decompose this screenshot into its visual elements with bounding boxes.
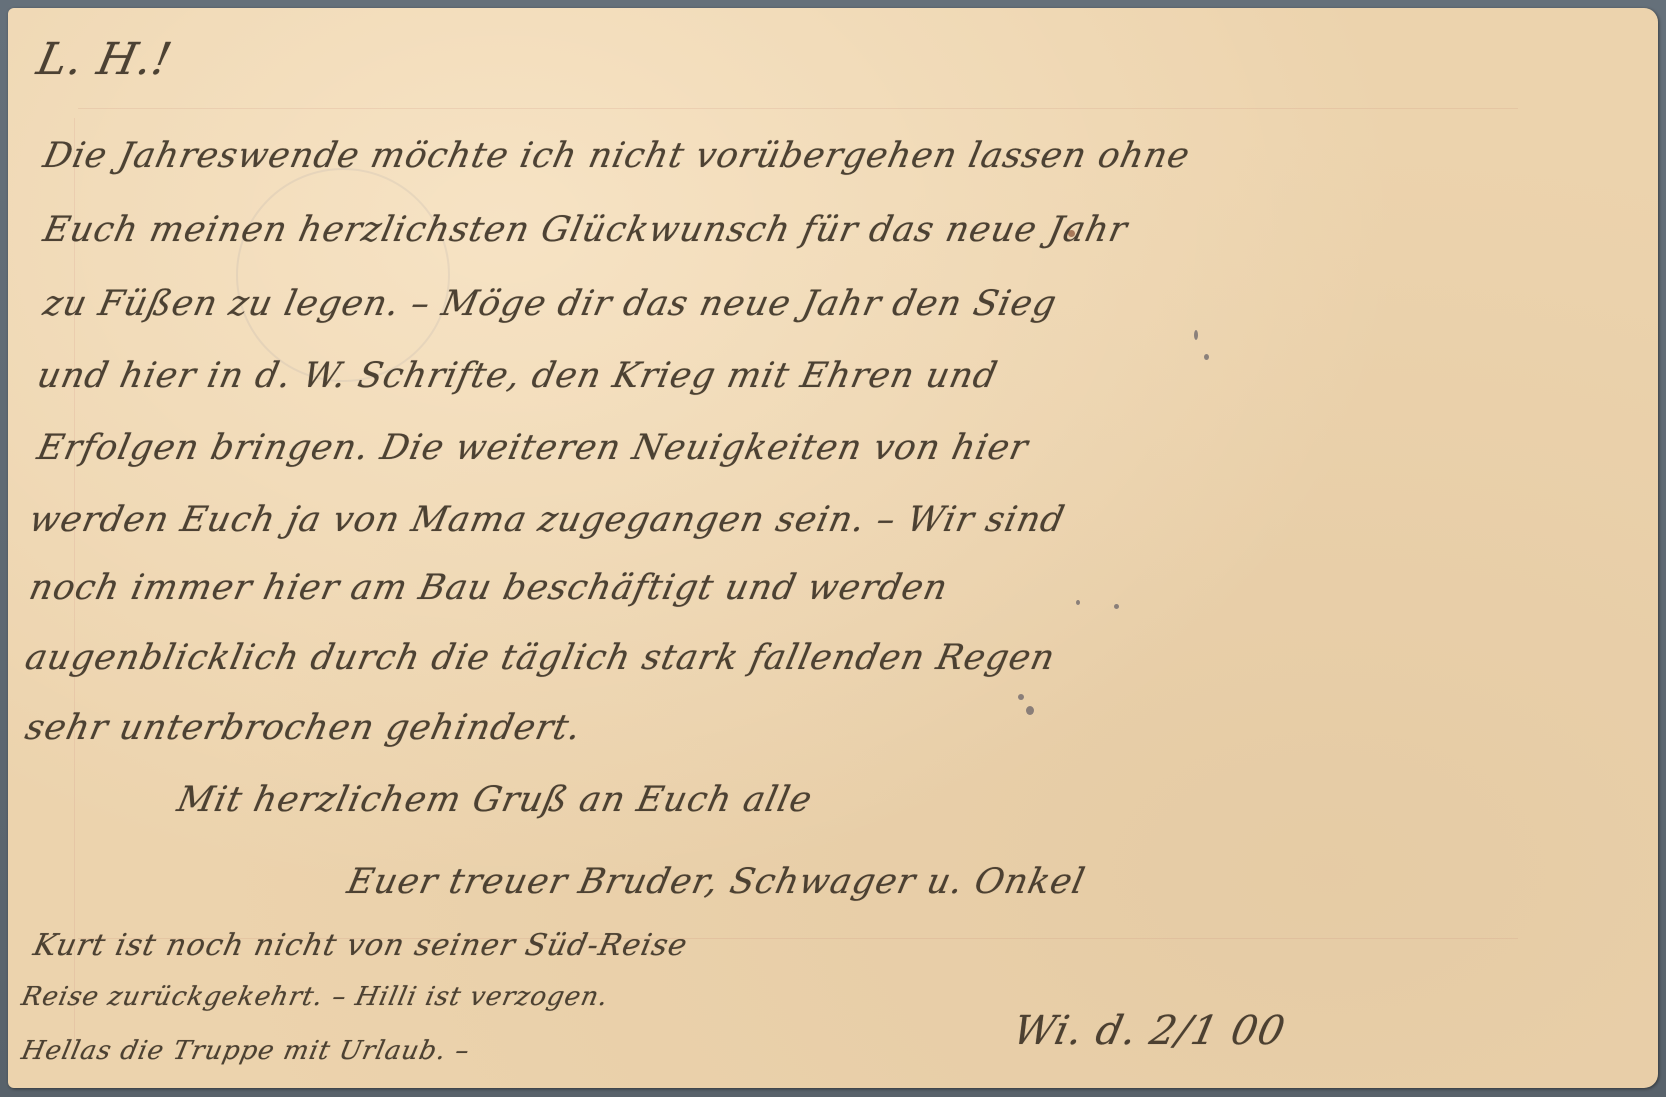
postscript-line: Reise zurückgekehrt. – Hilli ist verzoge… [19, 982, 612, 1012]
postmark-speck [1026, 706, 1034, 715]
body-line: werden Euch ja von Mama zugegangen sein.… [26, 500, 1069, 540]
body-line: Euch meinen herzlichsten Glückwunsch für… [40, 210, 1132, 250]
postmark-speck [1194, 330, 1198, 340]
salutation: L. H.! [33, 34, 177, 85]
printed-guide-line [78, 108, 1518, 109]
postmark-speck [1018, 694, 1024, 700]
postmark-speck [1076, 600, 1080, 605]
signature: Euer treuer Bruder, Schwager u. Onkel [344, 862, 1089, 902]
scan-background: L. H.! Die Jahreswende möchte ich nicht … [0, 0, 1666, 1097]
body-line: augenblicklich durch die täglich stark f… [22, 638, 1059, 678]
body-line: noch immer hier am Bau beschäftigt und w… [26, 568, 952, 608]
postmark-speck [1204, 354, 1209, 360]
postscript-line: Kurt ist noch nicht von seiner Süd-Reise [30, 928, 691, 963]
postscript-line: Hellas die Truppe mit Urlaub. – [19, 1036, 473, 1066]
body-line: sehr unterbrochen gehindert. [22, 708, 585, 748]
body-line: zu Füßen zu legen. – Möge dir das neue J… [40, 284, 1061, 324]
postmark-speck [1114, 604, 1119, 609]
dateline: Wi. d. 2/1 00 [1009, 1008, 1289, 1054]
body-line: und hier in d. W. Schrifte, den Krieg mi… [34, 356, 1001, 396]
postmark-ghost [236, 168, 450, 382]
body-line: Die Jahreswende möchte ich nicht vorüber… [40, 136, 1194, 176]
postcard: L. H.! Die Jahreswende möchte ich nicht … [8, 8, 1658, 1088]
closing-greeting: Mit herzlichem Gruß an Euch alle [174, 780, 816, 820]
body-line: Erfolgen bringen. Die weiteren Neuigkeit… [34, 428, 1032, 468]
